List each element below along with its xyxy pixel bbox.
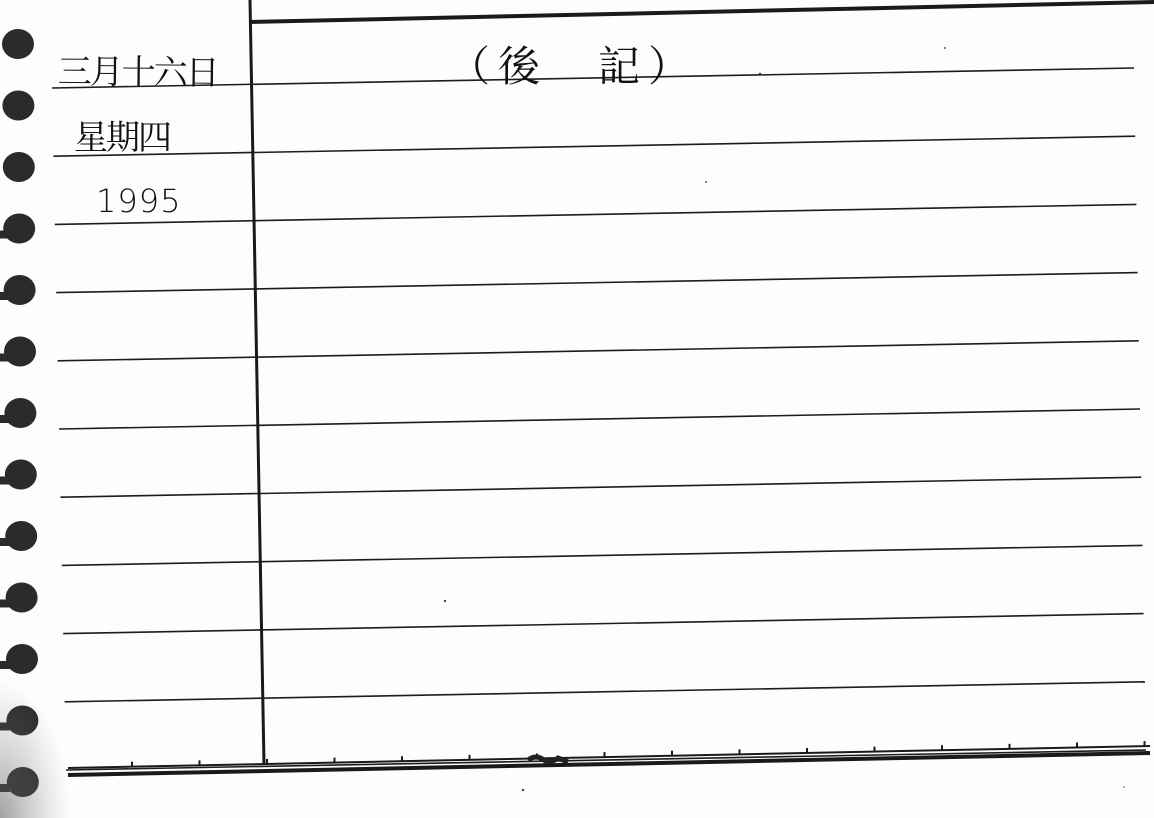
top-border-line — [250, 2, 1154, 22]
corner-scan-shadow — [0, 680, 70, 818]
page-heading: （後 記） — [448, 34, 698, 94]
bottom-border — [68, 741, 1150, 775]
margin-date: 三月十六日 — [58, 44, 218, 94]
scan-speckle — [444, 47, 1125, 791]
notebook-page: 三月十六日 星期四 1995 （後 記） — [0, 0, 1154, 818]
margin-line — [250, 0, 264, 764]
ruled-lines — [52, 68, 1146, 770]
ruled-paper — [0, 0, 1154, 818]
margin-year: 1995 — [96, 182, 181, 220]
margin-weekday: 星期四 — [74, 110, 170, 159]
